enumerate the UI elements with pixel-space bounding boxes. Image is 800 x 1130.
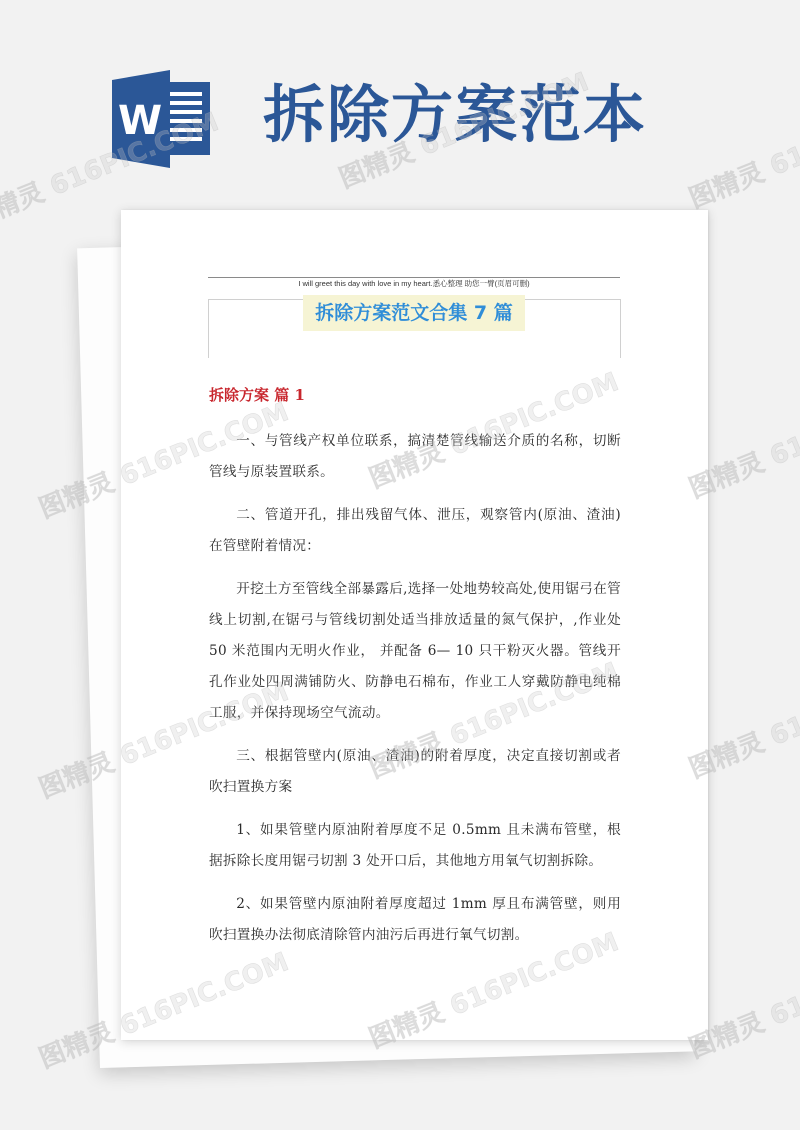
word-document-icon: W: [112, 70, 214, 168]
paragraph: 开挖土方至管线全部暴露后,选择一处地势较高处,使用锯弓在管线上切割,在锯弓与管线…: [209, 574, 621, 729]
document-body: 一、与管线产权单位联系，搞清楚管线输送介质的名称，切断管线与原装置联系。 二、管…: [209, 426, 621, 963]
paragraph: 1、如果管壁内原油附着厚度不足 0.5mm 且未满布管壁，根据拆除长度用锯弓切割…: [209, 815, 621, 877]
paragraph: 二、管道开孔，排出残留气体、泄压，观察管内(原油、渣油)在管壁附着情况：: [209, 500, 621, 562]
document-title: 拆除方案范文合集 7 篇: [303, 295, 525, 331]
running-header: I will greet this day with love in my he…: [208, 278, 620, 289]
banner-title: 拆除方案范本: [263, 80, 647, 150]
section-heading: 拆除方案 篇 1: [209, 384, 305, 405]
document-page: I will greet this day with love in my he…: [121, 210, 708, 1040]
banner: W 拆除方案范本: [0, 0, 800, 200]
paragraph: 一、与管线产权单位联系，搞清楚管线输送介质的名称，切断管线与原装置联系。: [209, 426, 621, 488]
svg-text:W: W: [118, 98, 162, 144]
paragraph: 2、如果管壁内原油附着厚度超过 1mm 厚且布满管壁，则用吹扫置换办法彻底清除管…: [209, 889, 621, 951]
paragraph: 三、根据管壁内(原油、渣油)的附着厚度，决定直接切割或者吹扫置换方案: [209, 741, 621, 803]
